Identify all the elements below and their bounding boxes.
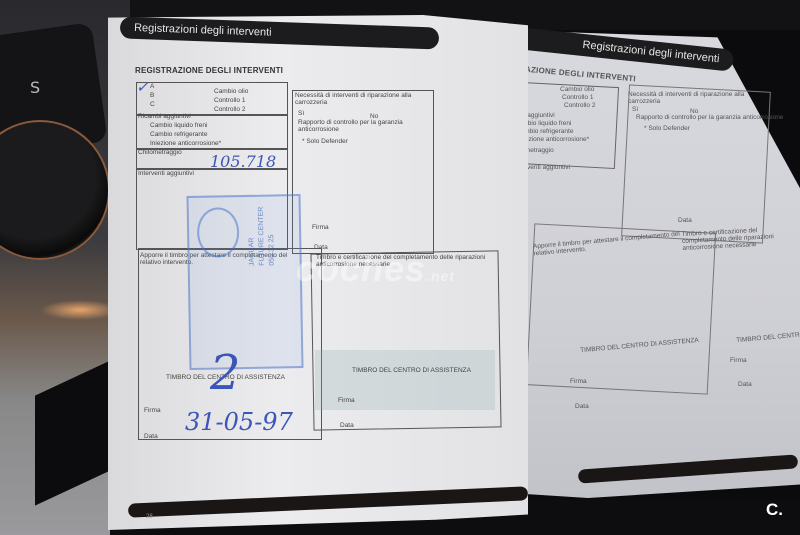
corner-logo: C.: [766, 500, 783, 520]
watermark-suffix: .net: [426, 268, 455, 284]
signature-label-2: Firma: [338, 397, 355, 404]
service-box: [136, 82, 288, 116]
row-b: B: [150, 92, 154, 99]
handwritten-signature: 2: [210, 345, 241, 401]
yes-label: Sì: [632, 106, 638, 113]
watermark: coches.net: [296, 248, 455, 290]
dealer-stamp: JAGUAR FUTURE CENTER 055 32 25: [186, 194, 303, 370]
option-check2: Controllo 2: [564, 102, 595, 109]
additional-item: Cambio liquido freni: [150, 122, 207, 129]
stamp-logo-oval: [197, 207, 240, 258]
date-label-2: Data: [738, 381, 752, 388]
option-oil: Cambio olio: [560, 86, 594, 93]
anticorrosion-label: Rapporto di controllo per la garanzia an…: [298, 119, 418, 133]
handwritten-date: 31-05-97: [185, 408, 293, 436]
option-check2: Controllo 2: [214, 106, 245, 113]
stamp-line: 055 32 25: [268, 234, 276, 265]
option-oil: Cambio olio: [214, 88, 248, 95]
option-check1: Controllo 1: [214, 97, 245, 104]
date-label: Data: [144, 433, 158, 440]
defender-note: * Solo Defender: [644, 125, 690, 132]
gear-letter: S: [30, 78, 40, 97]
stamp-line: FUTURE CENTER: [258, 207, 266, 266]
odometer-label: Chilometraggio: [138, 149, 182, 156]
watermark-text: coches: [296, 248, 426, 289]
additional-item: Iniezione anticorrosione*: [518, 136, 589, 143]
body-repair-label: Necessità di interventi di riparazione a…: [295, 92, 425, 106]
yes-label: Sì: [298, 110, 304, 117]
defender-note: * Solo Defender: [302, 138, 348, 145]
left-section-title: REGISTRAZIONE DEGLI INTERVENTI: [135, 66, 283, 75]
assistance-stamp-label-2: TIMBRO DEL CENTRO DI ASSISTENZA: [352, 367, 471, 374]
additional-item: Cambio refrigerante: [150, 131, 207, 138]
additional-item: Iniezione anticorrosione*: [150, 140, 221, 147]
additional-header: Ricambi aggiuntivi: [138, 113, 191, 120]
stamp-line: JAGUAR: [248, 238, 255, 267]
signature-label: Firma: [312, 224, 329, 231]
date-label: Data: [678, 217, 692, 224]
body-repair-label: Necessità di interventi di riparazione a…: [628, 91, 748, 105]
row-c: C: [150, 101, 155, 108]
row-a: A: [150, 83, 154, 90]
check-mark: ✓: [136, 78, 149, 96]
anticorrosion-label: Rapporto di controllo per la garanzia an…: [636, 114, 783, 121]
stamp-text: JAGUAR FUTURE CENTER 055 32 25: [247, 206, 278, 266]
date-label-2: Data: [340, 422, 354, 429]
photo-scene: S Registrazioni degli interventi REGISTR…: [0, 0, 800, 535]
date-label: Data: [575, 403, 589, 410]
signature-label: Firma: [144, 407, 161, 414]
option-check1: Controllo 1: [562, 94, 593, 101]
page-number: 28: [146, 514, 153, 520]
extra-work-label: Interventi aggiuntivi: [138, 170, 194, 177]
signature-label: Firma: [570, 378, 587, 385]
signature-label-2: Firma: [730, 357, 747, 364]
